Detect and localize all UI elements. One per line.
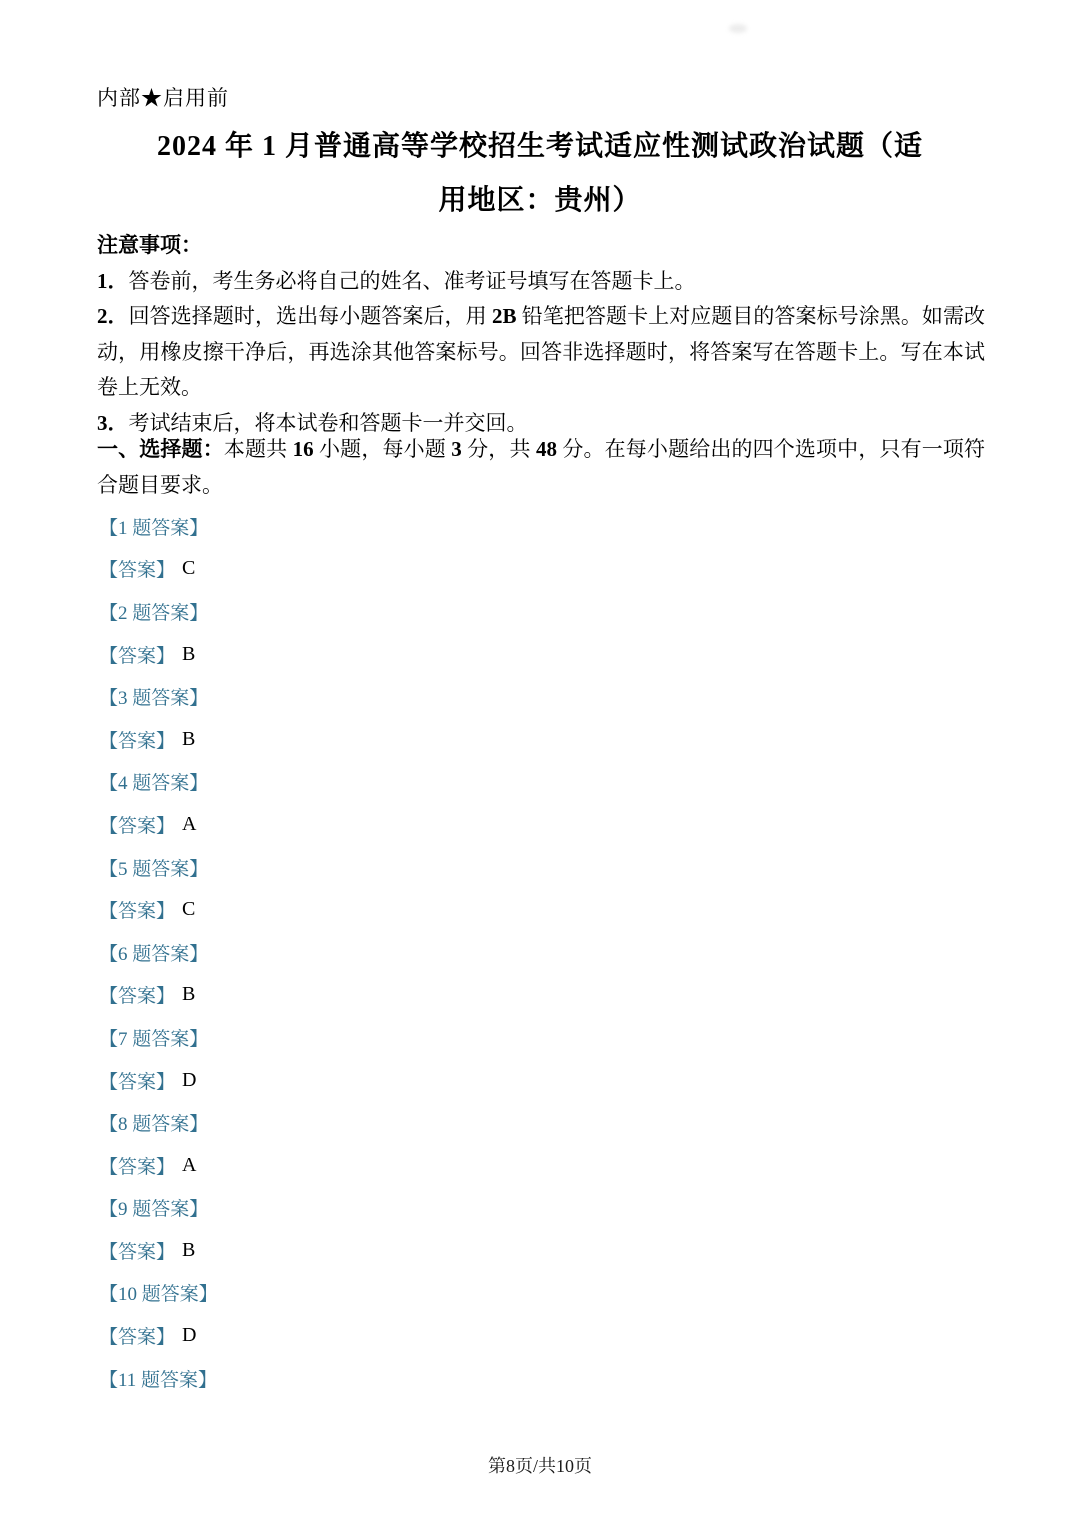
answer-question-label: 【3 题答案】 (99, 675, 979, 718)
notice-item: 1．答卷前，考生务必将自己的姓名、准考证号填写在答题卡上。 (97, 264, 985, 300)
answer-value: B (182, 983, 195, 1006)
answer-line: 【答案】B (99, 974, 979, 1017)
answer-label: 【答案】 (99, 1067, 175, 1094)
answer-label: 【答案】 (99, 726, 175, 753)
answer-question-label: 【1 题答案】 (99, 505, 979, 548)
answer-line: 【答案】B (99, 718, 979, 761)
answer-value: C (182, 898, 195, 921)
text-segment: 3 (451, 437, 462, 461)
page-footer: 第8页/共10页 (0, 1452, 1080, 1478)
answer-value: B (182, 643, 195, 666)
answer-value: A (182, 813, 196, 836)
answer-label: 【答案】 (99, 555, 175, 582)
doc-security-label: 内部★启用前 (97, 82, 229, 112)
answer-label: 【答案】 (99, 896, 175, 923)
answer-question-label: 【6 题答案】 (99, 931, 979, 974)
answer-value: B (182, 1239, 195, 1262)
answer-line: 【答案】D (99, 1314, 979, 1357)
text-segment: 答卷前，考生务必将自己的姓名、准考证号填写在答题卡上。 (129, 269, 696, 293)
text-segment: 回答选择题时，选出每小题答案后，用 (129, 304, 492, 328)
answer-value: C (182, 557, 195, 580)
answer-line: 【答案】B (99, 633, 979, 676)
section-heading-multiple-choice: 一、选择题：本题共 16 小题，每小题 3 分，共 48 分。在每小题给出的四个… (97, 431, 985, 503)
notice-items: 1．答卷前，考生务必将自己的姓名、准考证号填写在答题卡上。2．回答选择题时，选出… (97, 264, 985, 442)
text-segment: 小题，每小题 (314, 437, 452, 461)
answer-value: D (182, 1069, 196, 1092)
notice-heading: 注意事项： (97, 228, 985, 264)
text-segment: 2B (492, 304, 517, 328)
answer-question-label: 【4 题答案】 (99, 761, 979, 804)
answer-question-label: 【5 题答案】 (99, 846, 979, 889)
text-segment: 一、选择题： (97, 437, 224, 461)
document-page: 内部★启用前 2024 年 1 月普通高等学校招生考试适应性测试政治试题（适 用… (0, 0, 1080, 1527)
answer-question-label: 【10 题答案】 (99, 1272, 979, 1315)
notice-item: 2．回答选择题时，选出每小题答案后，用 2B 铅笔把答题卡上对应题目的答案标号涂… (97, 299, 985, 406)
answer-line: 【答案】C (99, 888, 979, 931)
answer-label: 【答案】 (99, 981, 175, 1008)
answer-value: A (182, 1154, 196, 1177)
text-segment: 48 (536, 437, 557, 461)
answer-question-label: 【11 题答案】 (99, 1357, 979, 1400)
answer-question-label: 【2 题答案】 (99, 590, 979, 633)
doc-title: 2024 年 1 月普通高等学校招生考试适应性测试政治试题（适 用地区：贵州） (0, 120, 1080, 228)
answer-label: 【答案】 (99, 1322, 175, 1349)
text-segment: 本题共 (224, 437, 293, 461)
answer-line: 【答案】A (99, 1144, 979, 1187)
text-segment: 分，共 (462, 437, 536, 461)
answer-label: 【答案】 (99, 641, 175, 668)
answer-line: 【答案】B (99, 1229, 979, 1272)
answer-line: 【答案】A (99, 803, 979, 846)
text-segment: 1． (97, 269, 129, 293)
answer-value: D (182, 1324, 196, 1347)
answers-section: 【1 题答案】【答案】C【2 题答案】【答案】B【3 题答案】【答案】B【4 题… (99, 505, 979, 1399)
answer-label: 【答案】 (99, 811, 175, 838)
answer-question-label: 【7 题答案】 (99, 1016, 979, 1059)
text-segment: 16 (293, 437, 314, 461)
answer-line: 【答案】D (99, 1059, 979, 1102)
answer-line: 【答案】C (99, 548, 979, 591)
doc-title-line-1: 2024 年 1 月普通高等学校招生考试适应性测试政治试题（适 (0, 120, 1080, 174)
answer-label: 【答案】 (99, 1237, 175, 1264)
answer-label: 【答案】 (99, 1152, 175, 1179)
doc-title-line-2: 用地区：贵州） (0, 174, 1080, 228)
answer-value: B (182, 728, 195, 751)
answer-question-label: 【8 题答案】 (99, 1101, 979, 1144)
faint-scan-artifact (729, 24, 747, 33)
text-segment: 2． (97, 304, 129, 328)
notice-section: 注意事项： 1．答卷前，考生务必将自己的姓名、准考证号填写在答题卡上。2．回答选… (97, 228, 985, 441)
answer-question-label: 【9 题答案】 (99, 1187, 979, 1230)
